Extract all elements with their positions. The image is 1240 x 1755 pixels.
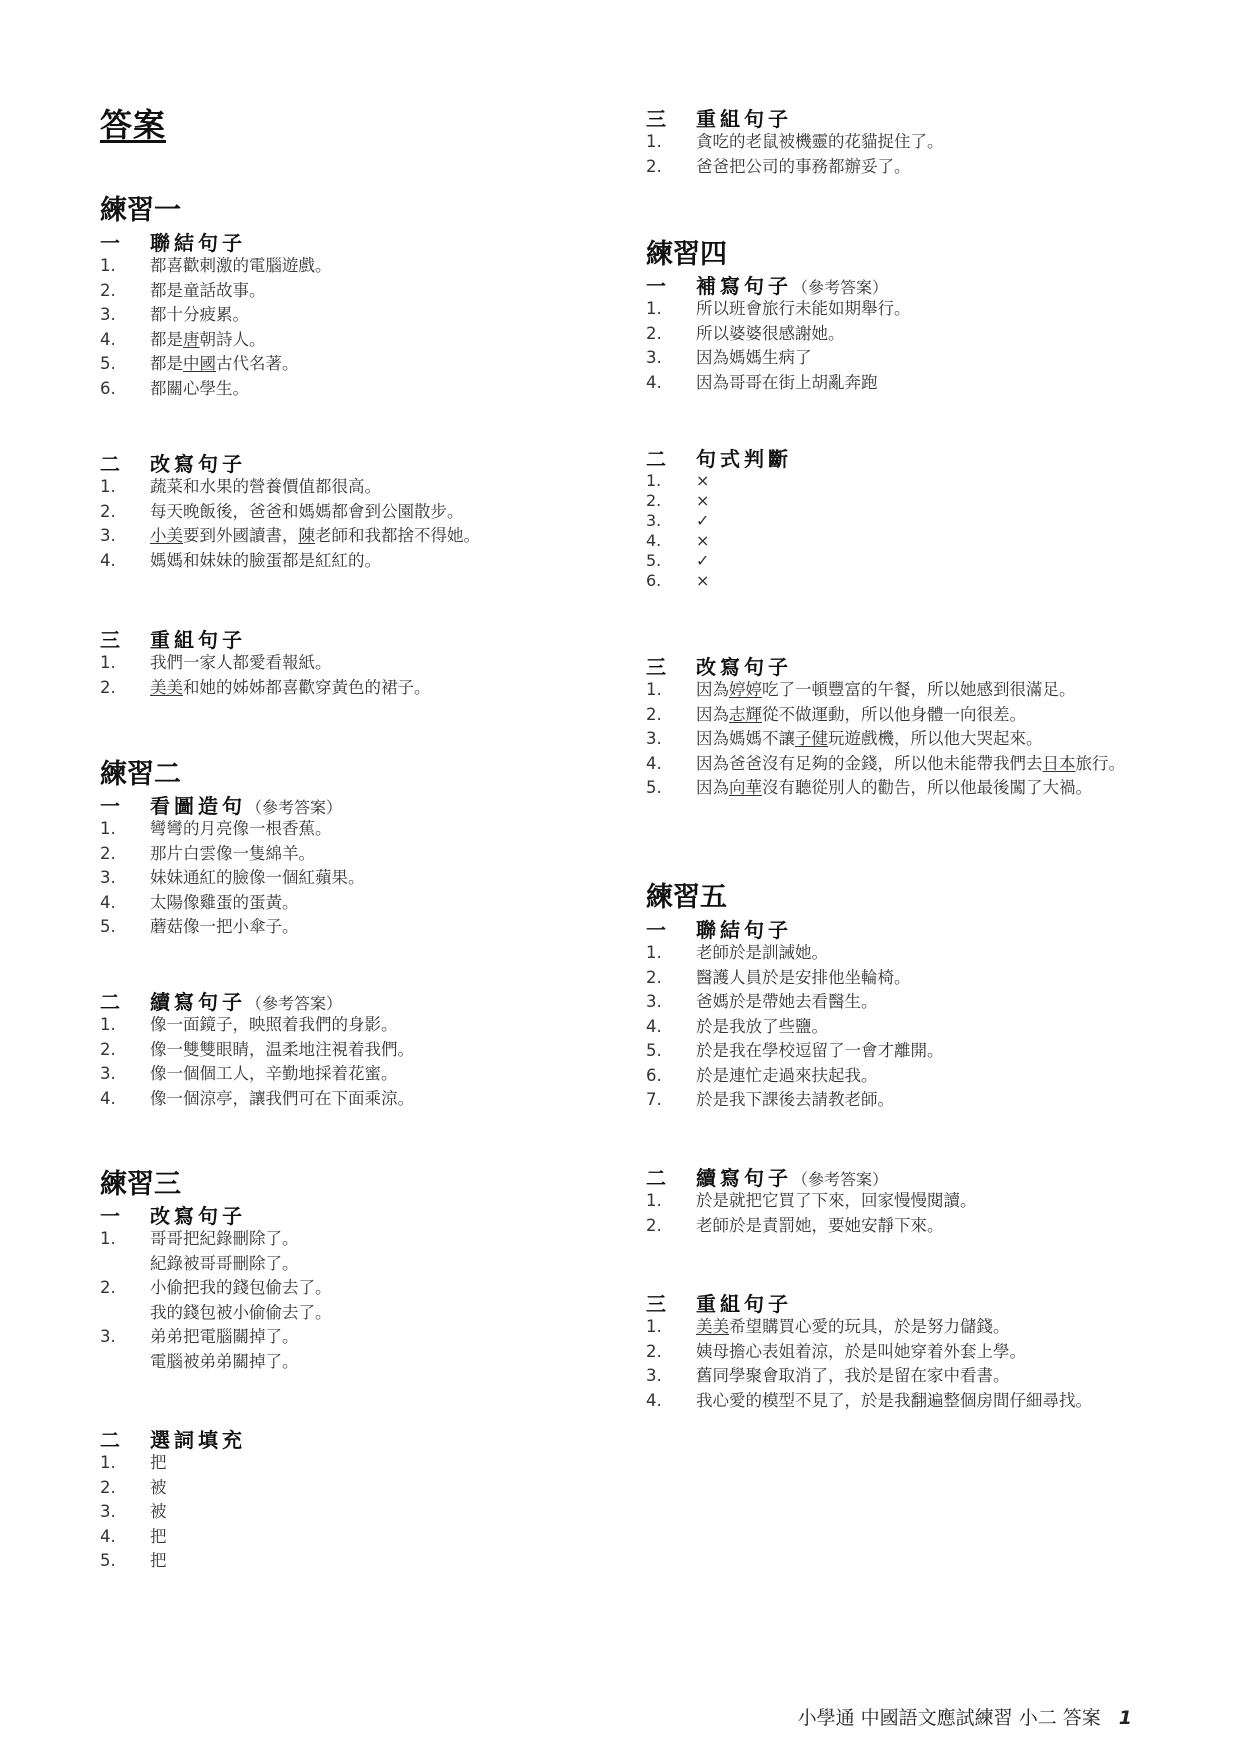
proper-noun-underline: 陳 <box>299 526 316 545</box>
page-title: 答案 <box>100 100 166 146</box>
exercise-2-title: 練習二 <box>100 752 181 791</box>
answer-list: 1.因為婷婷吃了一頓豐富的午餐，所以她感到很滿足。2.因為志輝從不做運動，所以他… <box>646 678 1166 801</box>
item-number: 3. <box>100 866 150 891</box>
answer-text: 醫護人員於是安排他坐輪椅。 <box>696 966 1166 991</box>
answer-text: 貪吃的老鼠被機靈的花貓捉住了。 <box>696 130 1166 155</box>
answer-text: 都十分疲累。 <box>150 303 620 328</box>
check-icon: ✓ <box>696 511 1166 531</box>
answer-item: 1.所以班會旅行未能如期舉行。 <box>646 297 1166 322</box>
answer-item: 4.都是唐朝詩人。 <box>100 328 620 353</box>
section-heading: 一改寫句子 <box>100 1200 246 1229</box>
section-number: 二 <box>100 448 150 477</box>
proper-noun-underline: 唐 <box>183 330 200 349</box>
section-title: 續寫句子 <box>696 1166 792 1190</box>
answer-item: 3.小美要到外國讀書，陳老師和我都捨不得她。 <box>100 524 620 549</box>
item-number: 7. <box>646 1088 696 1113</box>
proper-noun-underline: 小美 <box>150 526 183 545</box>
answer-text: 小美要到外國讀書，陳老師和我都捨不得她。 <box>150 524 620 549</box>
section-title: 聯結句子 <box>150 231 246 255</box>
answer-item: 3.爸媽於是帶她去看醫生。 <box>646 990 1166 1015</box>
answer-list: 1.蔬菜和水果的營養價值都很高。2.每天晚飯後，爸爸和媽媽都會到公園散步。3.小… <box>100 475 620 573</box>
answer-text: 因為婷婷吃了一頓豐富的午餐，所以她感到很滿足。 <box>696 678 1166 703</box>
answer-text: 把 <box>150 1525 620 1550</box>
answer-item: 電腦被弟弟關掉了。 <box>100 1350 620 1375</box>
answer-item: 4.於是我放了些鹽。 <box>646 1015 1166 1040</box>
answer-list: 1.所以班會旅行未能如期舉行。2.所以婆婆很感謝她。3.因為媽媽生病了4.因為哥… <box>646 297 1166 395</box>
answer-item: 1.蔬菜和水果的營養價值都很高。 <box>100 475 620 500</box>
section-heading: 三改寫句子 <box>646 651 792 680</box>
section-heading: 二改寫句子 <box>100 448 246 477</box>
answer-text: 彎彎的月亮像一根香蕉。 <box>150 817 620 842</box>
item-number: 5. <box>646 776 696 801</box>
answer-item: 4.媽媽和妹妹的臉蛋都是紅紅的。 <box>100 549 620 574</box>
section-heading: 一聯結句子 <box>100 227 246 256</box>
proper-noun-underline: 美美 <box>696 1317 729 1336</box>
section-number: 三 <box>646 103 696 132</box>
answer-text: 於是我下課後去請教老師。 <box>696 1088 1166 1113</box>
section-title: 重組句子 <box>696 1292 792 1316</box>
item-number: 2. <box>646 155 696 180</box>
answer-text: 爸爸把公司的事務都辦妥了。 <box>696 155 1166 180</box>
item-number: 2. <box>100 500 150 525</box>
answer-item: 2.每天晚飯後，爸爸和媽媽都會到公園散步。 <box>100 500 620 525</box>
answer-text: 因為爸爸沒有足夠的金錢，所以他未能帶我們去日本旅行。 <box>696 752 1166 777</box>
answer-item: 6.於是連忙走過來扶起我。 <box>646 1064 1166 1089</box>
answer-text: 都喜歡刺激的電腦遊戲。 <box>150 254 620 279</box>
proper-noun-underline: 子健 <box>795 729 828 748</box>
section-heading: 三重組句子 <box>100 624 246 653</box>
answer-text: 紀錄被哥哥刪除了。 <box>150 1252 620 1277</box>
item-number: 2. <box>100 1276 150 1301</box>
answer-list: 1.×2.×3.✓4.×5.✓6.× <box>646 471 1166 591</box>
answer-item: 1.把 <box>100 1451 620 1476</box>
answer-text: 美美和她的姊姊都喜歡穿黃色的裙子。 <box>150 676 620 701</box>
reference-answer-note: （參考答案） <box>246 798 342 817</box>
answer-item: 1.因為婷婷吃了一頓豐富的午餐，所以她感到很滿足。 <box>646 678 1166 703</box>
item-number: 5. <box>646 1039 696 1064</box>
answer-item: 5.因為向華沒有聽從別人的勸告，所以他最後闖了大禍。 <box>646 776 1166 801</box>
item-number: 2. <box>646 322 696 347</box>
answer-item: 5.都是中國古代名著。 <box>100 352 620 377</box>
answer-item: 2.被 <box>100 1476 620 1501</box>
answer-text: 都關心學生。 <box>150 377 620 402</box>
section-title: 補寫句子 <box>696 274 792 298</box>
answer-item: 3.舊同學聚會取消了，我於是留在家中看書。 <box>646 1364 1166 1389</box>
answer-list: 1.都喜歡刺激的電腦遊戲。2.都是童話故事。3.都十分疲累。4.都是唐朝詩人。5… <box>100 254 620 401</box>
answer-item: 2.× <box>646 491 1166 511</box>
answer-text: 姨母擔心表姐着涼，於是叫她穿着外套上學。 <box>696 1340 1166 1365</box>
answer-text: 因為向華沒有聽從別人的勸告，所以他最後闖了大禍。 <box>696 776 1166 801</box>
answer-item: 2.因為志輝從不做運動，所以他身體一向很差。 <box>646 703 1166 728</box>
answer-item: 2.美美和她的姊姊都喜歡穿黃色的裙子。 <box>100 676 620 701</box>
answer-text: 所以班會旅行未能如期舉行。 <box>696 297 1166 322</box>
answer-text: 像一個涼亭，讓我們可在下面乘涼。 <box>150 1087 620 1112</box>
section-number: 二 <box>646 443 696 472</box>
answer-item: 3.弟弟把電腦關掉了。 <box>100 1325 620 1350</box>
item-number: 1. <box>646 130 696 155</box>
answer-list: 1.彎彎的月亮像一根香蕉。2.那片白雲像一隻綿羊。3.妹妹通紅的臉像一個紅蘋果。… <box>100 817 620 940</box>
answer-item: 2.爸爸把公司的事務都辦妥了。 <box>646 155 1166 180</box>
item-number: 1. <box>646 941 696 966</box>
item-number: 3. <box>646 727 696 752</box>
proper-noun-underline: 美美 <box>150 678 183 697</box>
answer-text: 電腦被弟弟關掉了。 <box>150 1350 620 1375</box>
answer-text: 像一雙雙眼睛，温柔地注視着我們。 <box>150 1038 620 1063</box>
item-number: 3. <box>646 1364 696 1389</box>
item-number: 2. <box>100 676 150 701</box>
item-number: 5. <box>100 1549 150 1574</box>
item-number: 3. <box>100 303 150 328</box>
item-number: 5. <box>100 352 150 377</box>
answer-text: 每天晚飯後，爸爸和媽媽都會到公園散步。 <box>150 500 620 525</box>
page-footer: 小學通 中國語文應試練習 小二 答案1 <box>798 1703 1132 1730</box>
answer-item: 2.老師於是責罰她，要她安靜下來。 <box>646 1214 1166 1239</box>
answer-item: 3.因為媽媽生病了 <box>646 346 1166 371</box>
item-number: 1. <box>646 678 696 703</box>
answer-item: 1.× <box>646 471 1166 491</box>
proper-noun-underline: 向華 <box>729 778 762 797</box>
item-number: 1. <box>100 475 150 500</box>
item-number: 2. <box>100 842 150 867</box>
item-number: 1. <box>646 1315 696 1340</box>
item-number: 1. <box>100 651 150 676</box>
answer-item: 2.所以婆婆很感謝她。 <box>646 322 1166 347</box>
answer-item: 2.醫護人員於是安排他坐輪椅。 <box>646 966 1166 991</box>
answer-item: 3.因為媽媽不讓子健玩遊戲機，所以他大哭起來。 <box>646 727 1166 752</box>
answer-text: 老師於是責罰她，要她安靜下來。 <box>696 1214 1166 1239</box>
answer-item: 1.我們一家人都愛看報紙。 <box>100 651 620 676</box>
item-number: 4. <box>646 531 696 551</box>
item-number <box>100 1301 150 1326</box>
answer-text: 把 <box>150 1451 620 1476</box>
answer-item: 6.都關心學生。 <box>100 377 620 402</box>
section-number: 二 <box>100 1424 150 1453</box>
answer-item: 3.都十分疲累。 <box>100 303 620 328</box>
answer-item: 1.哥哥把紀錄刪除了。 <box>100 1227 620 1252</box>
section-heading: 一看圖造句（參考答案） <box>100 790 342 819</box>
answer-item: 6.× <box>646 571 1166 591</box>
item-number: 2. <box>646 966 696 991</box>
answer-text: 因為志輝從不做運動，所以他身體一向很差。 <box>696 703 1166 728</box>
section-heading: 二續寫句子（參考答案） <box>646 1162 888 1191</box>
item-number: 1. <box>100 817 150 842</box>
section-number: 一 <box>100 1200 150 1229</box>
item-number: 3. <box>646 346 696 371</box>
answer-item: 我的錢包被小偷偷去了。 <box>100 1301 620 1326</box>
answer-text: 媽媽和妹妹的臉蛋都是紅紅的。 <box>150 549 620 574</box>
answer-item: 1.於是就把它買了下來，回家慢慢閱讀。 <box>646 1189 1166 1214</box>
section-number: 一 <box>646 914 696 943</box>
answer-text: 把 <box>150 1549 620 1574</box>
answer-list: 1.美美希望購買心愛的玩具，於是努力儲錢。2.姨母擔心表姐着涼，於是叫她穿着外套… <box>646 1315 1166 1413</box>
item-number: 4. <box>100 1525 150 1550</box>
item-number: 2. <box>100 279 150 304</box>
section-title: 續寫句子 <box>150 990 246 1014</box>
section-number: 一 <box>100 790 150 819</box>
item-number: 6. <box>646 571 696 591</box>
section-number: 二 <box>100 986 150 1015</box>
answer-item: 2.都是童話故事。 <box>100 279 620 304</box>
answer-text: 像一個個工人，辛勤地採着花蜜。 <box>150 1062 620 1087</box>
answer-item: 2.那片白雲像一隻綿羊。 <box>100 842 620 867</box>
section-title: 聯結句子 <box>696 918 792 942</box>
section-heading: 一聯結句子 <box>646 914 792 943</box>
item-number: 4. <box>646 752 696 777</box>
answer-item: 2.小偷把我的錢包偷去了。 <box>100 1276 620 1301</box>
proper-noun-underline: 婷婷 <box>729 680 762 699</box>
answer-text: 都是中國古代名著。 <box>150 352 620 377</box>
item-number: 1. <box>100 1013 150 1038</box>
section-heading: 一補寫句子（參考答案） <box>646 270 888 299</box>
answer-item: 4.× <box>646 531 1166 551</box>
answer-item: 1.都喜歡刺激的電腦遊戲。 <box>100 254 620 279</box>
answer-item: 1.像一面鏡子，映照着我們的身影。 <box>100 1013 620 1038</box>
answer-text: 被 <box>150 1476 620 1501</box>
proper-noun-underline: 日本 <box>1043 754 1076 773</box>
answer-text: 舊同學聚會取消了，我於是留在家中看書。 <box>696 1364 1166 1389</box>
item-number: 1. <box>100 1451 150 1476</box>
answer-text: 我的錢包被小偷偷去了。 <box>150 1301 620 1326</box>
item-number: 4. <box>100 549 150 574</box>
section-number: 一 <box>100 227 150 256</box>
section-heading: 二續寫句子（參考答案） <box>100 986 342 1015</box>
item-number: 4. <box>100 1087 150 1112</box>
exercise-3-title: 練習三 <box>100 1162 181 1201</box>
exercise-4-title: 練習四 <box>646 232 727 271</box>
item-number: 3. <box>100 1062 150 1087</box>
item-number: 4. <box>100 328 150 353</box>
item-number: 5. <box>646 551 696 571</box>
cross-icon: × <box>696 471 1166 491</box>
answer-list: 1.把2.被3.被4.把5.把 <box>100 1451 620 1574</box>
answer-list: 1.像一面鏡子，映照着我們的身影。2.像一雙雙眼睛，温柔地注視着我們。3.像一個… <box>100 1013 620 1111</box>
answer-text: 於是就把它買了下來，回家慢慢閱讀。 <box>696 1189 1166 1214</box>
section-number: 一 <box>646 270 696 299</box>
answer-text: 那片白雲像一隻綿羊。 <box>150 842 620 867</box>
answer-list: 1.哥哥把紀錄刪除了。紀錄被哥哥刪除了。2.小偷把我的錢包偷去了。我的錢包被小偷… <box>100 1227 620 1374</box>
answer-item: 3.妹妹通紅的臉像一個紅蘋果。 <box>100 866 620 891</box>
answer-text: 於是我放了些鹽。 <box>696 1015 1166 1040</box>
item-number: 4. <box>646 1389 696 1414</box>
answer-item: 2.姨母擔心表姐着涼，於是叫她穿着外套上學。 <box>646 1340 1166 1365</box>
answer-item: 5.蘑菇像一把小傘子。 <box>100 915 620 940</box>
answer-text: 蘑菇像一把小傘子。 <box>150 915 620 940</box>
answer-text: 都是唐朝詩人。 <box>150 328 620 353</box>
item-number: 6. <box>100 377 150 402</box>
section-number: 三 <box>646 1288 696 1317</box>
section-title: 選詞填充 <box>150 1428 246 1452</box>
item-number <box>100 1350 150 1375</box>
page-number: 1 <box>1119 1707 1132 1729</box>
item-number: 1. <box>646 297 696 322</box>
item-number: 3. <box>646 990 696 1015</box>
answer-item: 4.因為爸爸沒有足夠的金錢，所以他未能帶我們去日本旅行。 <box>646 752 1166 777</box>
section-heading: 三重組句子 <box>646 103 792 132</box>
answer-list: 1.我們一家人都愛看報紙。2.美美和她的姊姊都喜歡穿黃色的裙子。 <box>100 651 620 700</box>
answer-list: 1.貪吃的老鼠被機靈的花貓捉住了。2.爸爸把公司的事務都辦妥了。 <box>646 130 1166 179</box>
answer-item: 4.把 <box>100 1525 620 1550</box>
item-number: 6. <box>646 1064 696 1089</box>
item-number: 2. <box>646 491 696 511</box>
answer-text: 我們一家人都愛看報紙。 <box>150 651 620 676</box>
item-number: 1. <box>100 254 150 279</box>
section-heading: 三重組句子 <box>646 1288 792 1317</box>
answer-item: 5.把 <box>100 1549 620 1574</box>
reference-answer-note: （參考答案） <box>792 1170 888 1189</box>
answer-list: 1.老師於是訓誡她。2.醫護人員於是安排他坐輪椅。3.爸媽於是帶她去看醫生。4.… <box>646 941 1166 1113</box>
section-number: 二 <box>646 1162 696 1191</box>
item-number: 3. <box>646 511 696 531</box>
reference-answer-note: （參考答案） <box>792 278 888 297</box>
answer-text: 於是我在學校逗留了一會才離開。 <box>696 1039 1166 1064</box>
reference-answer-note: （參考答案） <box>246 994 342 1013</box>
item-number: 3. <box>100 1500 150 1525</box>
answer-item: 3.✓ <box>646 511 1166 531</box>
answer-item: 5.✓ <box>646 551 1166 571</box>
section-heading: 二句式判斷 <box>646 443 792 472</box>
section-number: 三 <box>646 651 696 680</box>
item-number: 1. <box>646 471 696 491</box>
proper-noun-underline: 志輝 <box>729 705 762 724</box>
answer-text: 因為媽媽不讓子健玩遊戲機，所以他大哭起來。 <box>696 727 1166 752</box>
answer-text: 老師於是訓誡她。 <box>696 941 1166 966</box>
answer-text: 我心愛的模型不見了，於是我翻遍整個房間仔細尋找。 <box>696 1389 1166 1414</box>
answer-item: 4.像一個涼亭，讓我們可在下面乘涼。 <box>100 1087 620 1112</box>
item-number: 2. <box>646 703 696 728</box>
answer-list: 1.於是就把它買了下來，回家慢慢閱讀。2.老師於是責罰她，要她安靜下來。 <box>646 1189 1166 1238</box>
cross-icon: × <box>696 531 1166 551</box>
item-number: 1. <box>646 1189 696 1214</box>
answer-text: 都是童話故事。 <box>150 279 620 304</box>
answer-text: 爸媽於是帶她去看醫生。 <box>696 990 1166 1015</box>
answer-item: 3.像一個個工人，辛勤地採着花蜜。 <box>100 1062 620 1087</box>
item-number: 4. <box>100 891 150 916</box>
section-heading: 二選詞填充 <box>100 1424 246 1453</box>
cross-icon: × <box>696 571 1166 591</box>
item-number <box>100 1252 150 1277</box>
section-title: 看圖造句 <box>150 794 246 818</box>
item-number: 1. <box>100 1227 150 1252</box>
answer-text: 哥哥把紀錄刪除了。 <box>150 1227 620 1252</box>
answer-text: 因為媽媽生病了 <box>696 346 1166 371</box>
answer-item: 4.因為哥哥在街上胡亂奔跑 <box>646 371 1166 396</box>
answer-item: 7.於是我下課後去請教老師。 <box>646 1088 1166 1113</box>
answer-item: 1.彎彎的月亮像一根香蕉。 <box>100 817 620 842</box>
exercise-1-title: 練習一 <box>100 188 181 227</box>
answer-text: 蔬菜和水果的營養價值都很高。 <box>150 475 620 500</box>
answer-text: 美美希望購買心愛的玩具，於是努力儲錢。 <box>696 1315 1166 1340</box>
answer-item: 5.於是我在學校逗留了一會才離開。 <box>646 1039 1166 1064</box>
answer-item: 1.美美希望購買心愛的玩具，於是努力儲錢。 <box>646 1315 1166 1340</box>
answer-item: 1.貪吃的老鼠被機靈的花貓捉住了。 <box>646 130 1166 155</box>
answer-item: 1.老師於是訓誡她。 <box>646 941 1166 966</box>
answer-text: 太陽像雞蛋的蛋黃。 <box>150 891 620 916</box>
answer-item: 紀錄被哥哥刪除了。 <box>100 1252 620 1277</box>
answer-text: 因為哥哥在街上胡亂奔跑 <box>696 371 1166 396</box>
item-number: 3. <box>100 524 150 549</box>
answer-text: 像一面鏡子，映照着我們的身影。 <box>150 1013 620 1038</box>
footer-text: 小學通 中國語文應試練習 小二 答案 <box>798 1707 1101 1729</box>
section-title: 重組句子 <box>150 628 246 652</box>
section-title: 改寫句子 <box>696 655 792 679</box>
answer-item: 4.太陽像雞蛋的蛋黃。 <box>100 891 620 916</box>
answer-text: 小偷把我的錢包偷去了。 <box>150 1276 620 1301</box>
section-title: 重組句子 <box>696 107 792 131</box>
item-number: 2. <box>100 1476 150 1501</box>
answer-item: 3.被 <box>100 1500 620 1525</box>
item-number: 3. <box>100 1325 150 1350</box>
answer-text: 妹妹通紅的臉像一個紅蘋果。 <box>150 866 620 891</box>
item-number: 4. <box>646 371 696 396</box>
section-title: 改寫句子 <box>150 1204 246 1228</box>
exercise-5-title: 練習五 <box>646 875 727 914</box>
item-number: 2. <box>646 1214 696 1239</box>
cross-icon: × <box>696 491 1166 511</box>
item-number: 2. <box>100 1038 150 1063</box>
section-title: 改寫句子 <box>150 452 246 476</box>
section-title: 句式判斷 <box>696 447 792 471</box>
answer-text: 弟弟把電腦關掉了。 <box>150 1325 620 1350</box>
item-number: 4. <box>646 1015 696 1040</box>
answer-item: 2.像一雙雙眼睛，温柔地注視着我們。 <box>100 1038 620 1063</box>
section-number: 三 <box>100 624 150 653</box>
proper-noun-underline: 中國 <box>183 354 216 373</box>
answer-text: 被 <box>150 1500 620 1525</box>
answer-text: 於是連忙走過來扶起我。 <box>696 1064 1166 1089</box>
item-number: 2. <box>646 1340 696 1365</box>
check-icon: ✓ <box>696 551 1166 571</box>
answer-text: 所以婆婆很感謝她。 <box>696 322 1166 347</box>
item-number: 5. <box>100 915 150 940</box>
answer-item: 4.我心愛的模型不見了，於是我翻遍整個房間仔細尋找。 <box>646 1389 1166 1414</box>
